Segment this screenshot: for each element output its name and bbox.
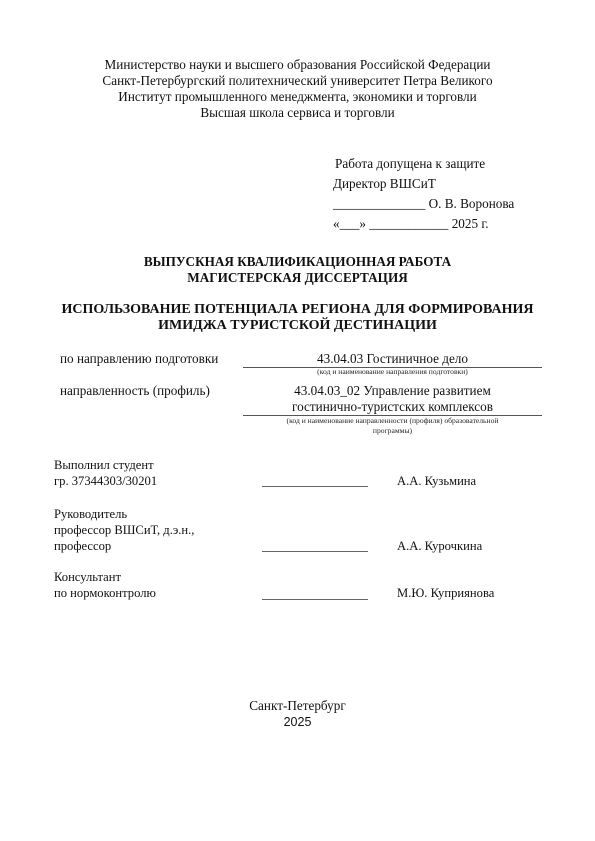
supervisor-name: А.А. Курочкина — [397, 538, 482, 554]
consultant-signature-line — [262, 599, 368, 600]
thesis-title: ИСПОЛЬЗОВАНИЕ ПОТЕНЦИАЛА РЕГИОНА ДЛЯ ФОР… — [0, 302, 595, 334]
supervisor-signature-line — [262, 551, 368, 552]
ministry-line: Министерство науки и высшего образования… — [0, 57, 595, 73]
consultant-role: Консультант по нормоконтролю — [54, 569, 156, 601]
supervisor-role: Руководитель профессор ВШСиТ, д.э.н., пр… — [54, 506, 194, 554]
approval-date-line: «___» ____________ 2025 г. — [333, 214, 514, 234]
profile-caption-line2: программы) — [243, 426, 542, 436]
school-line: Высшая школа сервиса и торговли — [0, 105, 595, 121]
institution-header: Министерство науки и высшего образования… — [0, 57, 595, 121]
supervisor-role-line3: профессор — [54, 538, 194, 554]
approval-admitted: Работа допущена к защите — [333, 154, 514, 174]
profile-value-line1: 43.04.03_02 Управление развитием — [243, 383, 542, 399]
consultant-role-line1: Консультант — [54, 569, 156, 585]
student-name: А.А. Кузьмина — [397, 473, 476, 489]
work-type: ВЫПУСКНАЯ КВАЛИФИКАЦИОННАЯ РАБОТА МАГИСТ… — [0, 254, 595, 286]
consultant-name: М.Ю. Куприянова — [397, 585, 494, 601]
thesis-title-line1: ИСПОЛЬЗОВАНИЕ ПОТЕНЦИАЛА РЕГИОНА ДЛЯ ФОР… — [0, 302, 595, 318]
direction-caption: (код и наименование направления подготов… — [243, 367, 542, 377]
work-type-line2: МАГИСТЕРСКАЯ ДИССЕРТАЦИЯ — [0, 270, 595, 286]
student-role: Выполнил студент гр. 37344303/30201 — [54, 457, 157, 489]
footer-year: 2025 — [0, 714, 595, 730]
supervisor-role-line1: Руководитель — [54, 506, 194, 522]
profile-value-line2: гостинично-туристских комплексов — [243, 399, 542, 416]
direction-value: 43.04.03 Гостиничное дело — [243, 351, 542, 368]
direction-label: по направлению подготовки — [60, 351, 218, 367]
university-line: Санкт-Петербургский политехнический унив… — [0, 73, 595, 89]
profile-caption-line1: (код и наименование направленности (проф… — [243, 416, 542, 426]
student-role-line2: гр. 37344303/30201 — [54, 473, 157, 489]
work-type-line1: ВЫПУСКНАЯ КВАЛИФИКАЦИОННАЯ РАБОТА — [0, 254, 595, 270]
profile-label: направленность (профиль) — [60, 383, 210, 399]
approval-signature-line: ______________ О. В. Воронова — [333, 194, 514, 214]
footer-city: Санкт-Петербург — [0, 698, 595, 714]
profile-caption: (код и наименование направленности (проф… — [243, 416, 542, 436]
supervisor-role-line2: профессор ВШСиТ, д.э.н., — [54, 522, 194, 538]
student-role-line1: Выполнил студент — [54, 457, 157, 473]
approval-director: Директор ВШСиТ — [333, 174, 514, 194]
approval-block: Работа допущена к защите Директор ВШСиТ … — [333, 154, 514, 234]
student-signature-line — [262, 486, 368, 487]
institute-line: Институт промышленного менеджмента, экон… — [0, 89, 595, 105]
consultant-role-line2: по нормоконтролю — [54, 585, 156, 601]
thesis-title-line2: ИМИДЖА ТУРИСТСКОЙ ДЕСТИНАЦИИ — [0, 318, 595, 334]
